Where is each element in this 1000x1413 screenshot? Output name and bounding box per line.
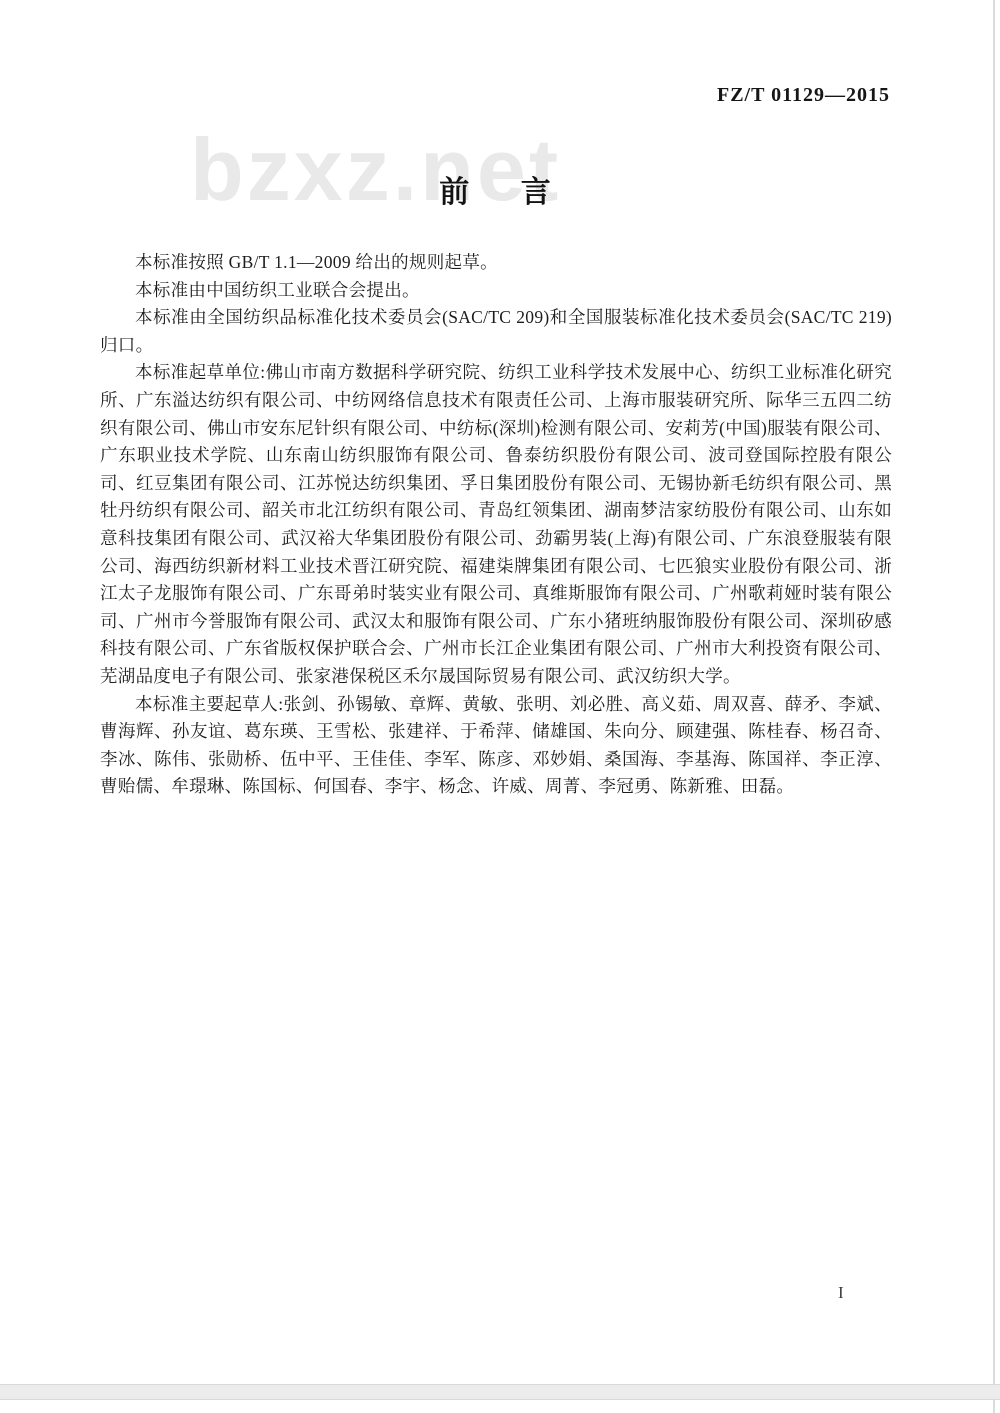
- paragraph-centralized-by: 本标准由全国纺织品标准化技术委员会(SAC/TC 209)和全国服装标准化技术委…: [100, 304, 892, 359]
- foreword-body: 本标准按照 GB/T 1.1—2009 给出的规则起草。 本标准由中国纺织工业联…: [100, 249, 892, 801]
- paragraph-proposed-by: 本标准由中国纺织工业联合会提出。: [100, 277, 892, 305]
- standard-number: FZ/T 01129—2015: [0, 84, 890, 107]
- document-page: FZ/T 01129—2015 bzxz.net 前 言 本标准按照 GB/T …: [0, 0, 1000, 1413]
- paragraph-drafting-rule: 本标准按照 GB/T 1.1—2009 给出的规则起草。: [100, 249, 892, 277]
- page-number: I: [838, 1283, 844, 1303]
- page-title: 前 言: [0, 167, 990, 211]
- title-char-yan: 言: [521, 176, 551, 209]
- paragraph-drafting-organizations: 本标准起草单位:佛山市南方数据科学研究院、纺织工业科学技术发展中心、纺织工业标准…: [100, 359, 892, 690]
- scan-edge-right: [993, 0, 995, 1413]
- title-char-qian: 前: [439, 176, 469, 209]
- paragraph-main-drafters: 本标准主要起草人:张剑、孙锡敏、章辉、黄敏、张明、刘必胜、高义茹、周双喜、薛矛、…: [100, 691, 892, 801]
- scan-bottom-bar: [0, 1384, 1000, 1400]
